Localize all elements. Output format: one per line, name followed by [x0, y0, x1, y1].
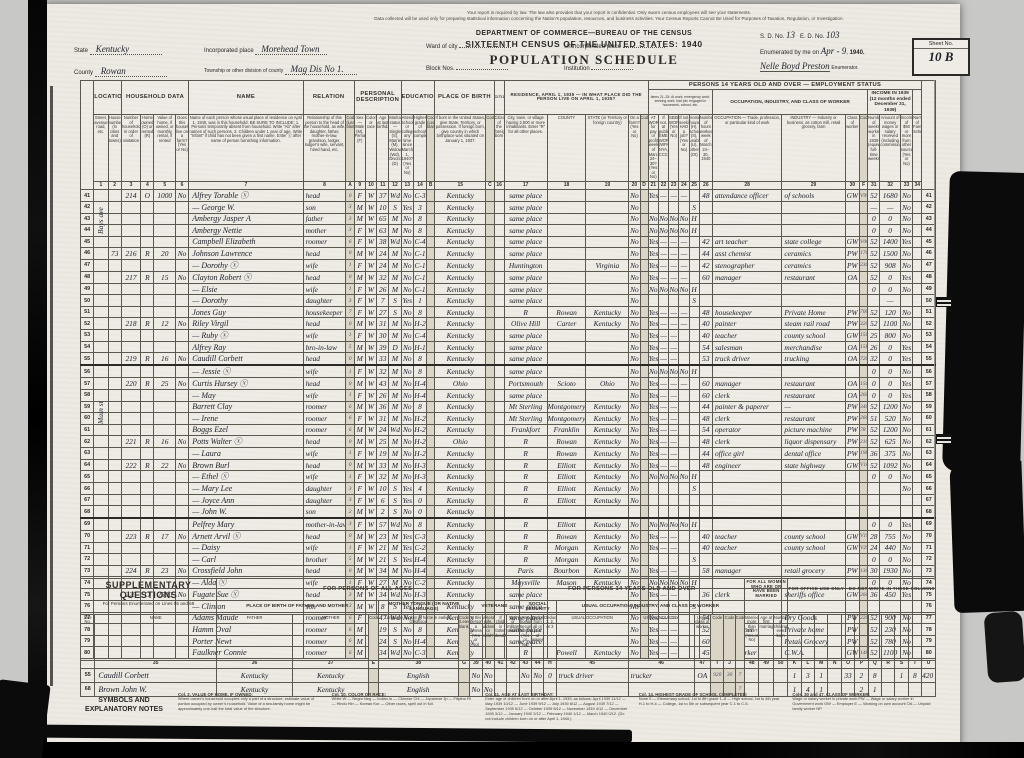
cell-ind [782, 471, 845, 483]
cell-e2: No [658, 225, 668, 237]
cell-own [141, 341, 154, 353]
cell-rfarm: No [629, 494, 640, 506]
cell-oth: No [900, 554, 912, 566]
cell-d [640, 494, 648, 506]
cell-val [154, 448, 175, 460]
cell-mar: M [389, 271, 401, 283]
cell-T: 8 [908, 668, 921, 682]
cell-rstate: Kentucky [586, 306, 629, 318]
cell-occ [712, 471, 781, 483]
table-row: 73224R23NoCrossfield Johnhead0MW34MNoH-4… [81, 565, 936, 577]
cell-e2: — [658, 378, 668, 390]
cell-b [427, 248, 435, 260]
cell-wage: 1400 [880, 236, 900, 248]
cell-f: 320 47 [860, 318, 868, 330]
cell-birth: Kentucky [435, 283, 486, 295]
cell-farm [175, 424, 188, 436]
col-header-wage: Amount of money wages or salary received… [880, 114, 900, 181]
cell-ln: 56 [81, 365, 94, 378]
cell-wage: 520 [880, 413, 900, 425]
supp-band-veterans: VETERANS [470, 600, 519, 614]
cell-mar: M [389, 378, 401, 390]
cell-rcounty [547, 341, 586, 353]
cell-e3 [669, 295, 679, 307]
cell-grade: H-3 [413, 471, 426, 483]
cell-a: 1 [346, 365, 354, 378]
cell-f: V19 91 [860, 530, 868, 542]
cell-wks: 52 [868, 190, 880, 202]
col-header-grade: Highest grade of school completed [413, 114, 426, 181]
col-header-name: Name of each person whose usual place of… [189, 114, 303, 181]
sheet-number-value: 10 B [914, 49, 968, 65]
cell-rfarm: No [629, 259, 640, 271]
cell-d [640, 318, 648, 330]
cell-house [108, 318, 121, 330]
cell-hrs: 42 [699, 236, 712, 248]
col-header-ln [81, 660, 95, 668]
cell-farm: No [175, 459, 188, 471]
cell-wks: 52 [868, 259, 880, 271]
cell-val [154, 365, 175, 378]
cell-e2: — [658, 459, 668, 471]
cell-rstate [586, 295, 629, 307]
cell-mar: M [389, 459, 401, 471]
cell-cls: PW [845, 318, 859, 330]
cell-mother: Kentucky [293, 668, 369, 682]
enumerated-label: Enumerated by me on [760, 50, 819, 56]
cell-g [458, 668, 469, 682]
cell-ln: 45 [81, 236, 94, 248]
table-row: 68— John W.son2MW2SNo0Kentucky68 [81, 506, 936, 518]
cell-race: W [365, 494, 376, 506]
cell-grade: H-2 [413, 413, 426, 425]
cell-wks: 28 [868, 530, 880, 542]
cell-d [640, 225, 648, 237]
detail-header-row: Street, avenue, road, etc.House number (… [81, 114, 936, 181]
cell-d [640, 530, 648, 542]
cell-mar: M [389, 542, 401, 554]
cell-S: 1 [895, 668, 908, 682]
cell-b [427, 295, 435, 307]
cell-name: — Carl [189, 554, 303, 566]
cell-race: W [365, 471, 376, 483]
cell-rcity: R [504, 542, 547, 554]
cell-name: Alfrey Ray [189, 341, 303, 353]
cell-rcity: R [504, 530, 547, 542]
cell-grade: H-2 [413, 318, 426, 330]
cell-fs [913, 259, 922, 271]
cell-rel: head [303, 436, 346, 448]
cell-e2: — [658, 530, 668, 542]
cell-oth: No [900, 329, 912, 341]
cell-age: 32 [377, 365, 389, 378]
cell-rcity: same place [504, 329, 547, 341]
cell-b [427, 271, 435, 283]
cell-race: W [365, 295, 376, 307]
cell-occ: asst chemist [712, 248, 781, 260]
ed-value: 103 [826, 30, 840, 40]
cell-hh [121, 542, 140, 554]
cell-rel: roomer [303, 413, 346, 425]
cell-cit [494, 353, 504, 365]
cell-age: 19 [377, 448, 389, 460]
cell-wage: 0 [880, 283, 900, 295]
cell-e2: — [658, 271, 668, 283]
col-header-w1: 48 [745, 660, 759, 668]
cell-ind: merchandise [782, 341, 845, 353]
col-header-sch: 13 [401, 182, 413, 190]
cell-street [94, 295, 108, 307]
cell-wks: 25 [868, 329, 880, 341]
cell-birth: Kentucky [435, 353, 486, 365]
cell-sch: No [401, 190, 413, 202]
col-header-Q: Q [868, 660, 881, 668]
cell-own [141, 365, 154, 378]
cell-R [881, 668, 894, 682]
cell-rcounty: Morgan [547, 542, 586, 554]
cell-d [640, 565, 648, 577]
cell-rstate [586, 225, 629, 237]
cell-house [108, 365, 121, 378]
col-header-val: Value of home, if owned, or monthly rent… [154, 114, 175, 181]
cell-house [108, 190, 121, 202]
cell-b [427, 306, 435, 318]
table-row: 54Alfrey Raybro-in-law5MW39DNoH-1Kentuck… [81, 341, 936, 353]
cell-oth: No [900, 542, 912, 554]
col-header-occ: USUAL OCCUPATION [556, 614, 628, 660]
supp-title: SUPPLEMENTARY QUESTIONS [81, 580, 216, 601]
cell-o2: 30 [724, 668, 735, 682]
cell-val [154, 390, 175, 402]
col-header-name: 35 [95, 660, 217, 668]
cell-rfarm: No [629, 190, 640, 202]
cell-cit [494, 259, 504, 271]
cell-wks [868, 506, 880, 518]
cell-d [640, 353, 648, 365]
cell-wage: 1092 [880, 459, 900, 471]
table-row: 55219R16NoCaudill Corbetthead0MW33MNo8Ke… [81, 353, 936, 365]
cell-occ [712, 365, 781, 378]
table-row: 72— Carlbrother5MW21SYesH-4KentuckyRMorg… [81, 554, 936, 566]
cell-wage: 0 [880, 225, 900, 237]
col-header-e3: SEEKING WORK? (Yes or No) [669, 114, 679, 181]
cell-rstate [586, 202, 629, 214]
cell-e5 [689, 353, 699, 365]
col-header-rfarm: 20 [629, 182, 640, 190]
cell-fs [913, 530, 922, 542]
cell-e1: No [648, 471, 658, 483]
cell-grade: H-4 [413, 565, 426, 577]
cell-rcounty [547, 271, 586, 283]
cell-hrs: 48 [699, 436, 712, 448]
cell-ln: 72 [81, 554, 94, 566]
band-citizenship: CITIZENSHIP [494, 81, 504, 115]
cell-oth [900, 494, 912, 506]
cell-fs [913, 213, 922, 225]
cell-hrs [699, 554, 712, 566]
cell-hh: 214 [121, 190, 140, 202]
cell-wage: 0 [880, 390, 900, 402]
cell-d [640, 283, 648, 295]
col-header-g: G [458, 660, 469, 668]
cell-cit [494, 248, 504, 260]
cell-sex: F [354, 236, 365, 248]
cell-rel: brother [303, 554, 346, 566]
enumerator-label: Enumerator. [831, 65, 858, 71]
cell-sch: No [401, 248, 413, 260]
subband-farm-schedule [913, 90, 922, 114]
cell-e [369, 668, 378, 682]
cell-hrs [699, 518, 712, 530]
cell-b [427, 448, 435, 460]
cell-street [94, 554, 108, 566]
cell-e5 [689, 401, 699, 413]
cell-race: W [365, 248, 376, 260]
col-header-d: Code [640, 114, 648, 181]
cell-fs [913, 295, 922, 307]
cell-b [427, 365, 435, 378]
cell-house [108, 494, 121, 506]
cell-mar: M [389, 283, 401, 295]
cell-own [141, 283, 154, 295]
col-header-father: 36 [216, 660, 292, 668]
cell-rel: head [303, 318, 346, 330]
cell-f [860, 365, 868, 378]
cell-rcounty [547, 506, 586, 518]
cell-cls: GW [845, 236, 859, 248]
cell-cls [845, 494, 859, 506]
cell-wks: — [868, 202, 880, 214]
cell-hrs: 53 [699, 353, 712, 365]
cell-ind [782, 225, 845, 237]
cell-c [486, 271, 494, 283]
cell-house [108, 424, 121, 436]
cell-occ [712, 202, 781, 214]
cell-street [94, 236, 108, 248]
cell-sex: M [354, 424, 365, 436]
cell-race: W [365, 365, 376, 378]
cell-e1 [648, 483, 658, 495]
col-header-father: FATHER [216, 614, 292, 660]
cell-d [640, 365, 648, 378]
cell-wks: 0 [868, 554, 880, 566]
cell-e2 [658, 202, 668, 214]
cell-wks: 52 [868, 436, 880, 448]
cell-rcity: Olive Hill [504, 318, 547, 330]
cell-e4: No [679, 365, 689, 378]
cell-house [108, 506, 121, 518]
cell-occ: operator [712, 424, 781, 436]
supp-band-all-ages: FOR PERSONS OF ALL AGES [216, 579, 519, 601]
cell-rfarm: No [629, 436, 640, 448]
cell-street [94, 248, 108, 260]
cell-birth: Kentucky [435, 236, 486, 248]
cell-cit [494, 365, 504, 378]
cell-e2: — [658, 424, 668, 436]
cell-e1: Yes [648, 424, 658, 436]
cell-c [486, 329, 494, 341]
cell-hh [121, 306, 140, 318]
cell-rel: mother [303, 225, 346, 237]
col-header-farm: Does this household live on a farm? (Yes… [175, 114, 188, 181]
cell-sch: Yes [401, 554, 413, 566]
cell-hrs: 44 [699, 401, 712, 413]
cell-hrs [699, 283, 712, 295]
cell-rfarm: No [629, 225, 640, 237]
cell-e2: No [658, 213, 668, 225]
cell-e2: — [658, 542, 668, 554]
cell-age: 65 [377, 213, 389, 225]
cell-fs [913, 236, 922, 248]
col-header-s2: 44 [531, 660, 543, 668]
street-name-vertical: Main st [96, 401, 105, 424]
cell-sch: No [401, 424, 413, 436]
cell-own [141, 506, 154, 518]
cell-age: 37 [377, 190, 389, 202]
cell-grade: C-1 [413, 271, 426, 283]
cell-val [154, 306, 175, 318]
cell-street [94, 341, 108, 353]
cell-occ: clerk [712, 413, 781, 425]
cell-house [108, 225, 121, 237]
cell-farm: No [175, 378, 188, 390]
cell-rcity: Mt Sterling [504, 401, 547, 413]
cell-oth [900, 295, 912, 307]
cell-hrs: 42 [699, 259, 712, 271]
cell-hh [121, 413, 140, 425]
cell-f: 266 71 [860, 390, 868, 402]
cell-ln: 64 [81, 459, 94, 471]
table-row: 64222R22NoBrown Burlhead0MW33MNoH-3Kentu… [81, 459, 936, 471]
cell-house [108, 565, 121, 577]
cell-ind: retail grocery [782, 565, 845, 577]
cell-e4 [679, 436, 689, 448]
col-header-fs: Number of Farm Schedule [913, 114, 922, 181]
cell-rel: wife [303, 542, 346, 554]
cell-ind [782, 506, 845, 518]
cell-v3 [494, 668, 506, 682]
cell-cit [494, 518, 504, 530]
cell-rcounty [547, 202, 586, 214]
cell-ind: dental office [782, 448, 845, 460]
supp-women-spacer [745, 600, 788, 614]
cell-grade: 8 [413, 401, 426, 413]
col-header-P [855, 614, 868, 660]
col-header-R [881, 614, 894, 660]
cell-farm [175, 283, 188, 295]
cell-rel: head [303, 248, 346, 260]
cell-e4 [679, 530, 689, 542]
cell-birth: Kentucky [435, 518, 486, 530]
cell-cls [845, 506, 859, 518]
cell-mar: Wd [389, 190, 401, 202]
cell-ln: 71 [81, 542, 94, 554]
cell-rfarm: No [629, 378, 640, 390]
cell-e5 [689, 424, 699, 436]
cell-e2: — [658, 329, 668, 341]
cell-hrs: 44 [699, 448, 712, 460]
cell-e3: — [669, 329, 679, 341]
cell-hrs: 48 [699, 413, 712, 425]
cell-L: 3 [801, 668, 814, 682]
cell-occ: painter [712, 318, 781, 330]
cell-c [486, 295, 494, 307]
cell-occ: manager [712, 378, 781, 390]
cell-e5 [689, 542, 699, 554]
cell-farm [175, 295, 188, 307]
cell-e4 [679, 295, 689, 307]
cell-sch: No [401, 318, 413, 330]
cell-rfarm: No [629, 213, 640, 225]
cell-street [94, 190, 108, 202]
cell-a: 1 [346, 329, 354, 341]
cell-occ: clerk [712, 436, 781, 448]
institution-value [591, 69, 633, 70]
cell-b [427, 213, 435, 225]
cell-rstate [586, 353, 629, 365]
band-residence: RESIDENCE, APRIL 1, 1935 — IN WHAT PLACE… [504, 81, 648, 115]
cell-val [154, 329, 175, 341]
cell-wks: 26 [868, 341, 880, 353]
cell-grade: 8 [413, 365, 426, 378]
cell-rfarm: No [629, 459, 640, 471]
cell-mar: D [389, 341, 401, 353]
scan-artifact-right-blob [949, 461, 1024, 613]
cell-e4 [679, 329, 689, 341]
cell-street [94, 259, 108, 271]
cell-ln: 63 [81, 448, 94, 460]
cell-ind: steam rail road [782, 318, 845, 330]
cell-ind: — [782, 401, 845, 413]
cell-name: Ambergy Jasper A [189, 213, 303, 225]
cell-ln: 73 [81, 565, 94, 577]
col-header-ln: Line No. [81, 614, 95, 660]
cell-e2: — [658, 318, 668, 330]
cell-f [860, 213, 868, 225]
cell-f [860, 295, 868, 307]
col-header-occ: 28 [712, 182, 781, 190]
cell-rstate [586, 271, 629, 283]
cell-ln: 46 [81, 248, 94, 260]
cell-sex: F [354, 518, 365, 530]
cell-v2: No [482, 668, 494, 682]
cell-own [141, 213, 154, 225]
cell-street [94, 378, 108, 390]
cell-street [94, 436, 108, 448]
cell-a: 3 [346, 494, 354, 506]
cell-grade: H-4 [413, 390, 426, 402]
cell-sex: F [354, 365, 365, 378]
cell-race: W [365, 329, 376, 341]
cell-wks: 52 [868, 401, 880, 413]
cell-e1: Yes [648, 530, 658, 542]
cell-b [427, 424, 435, 436]
cell-sex: F [354, 483, 365, 495]
cell-oth: No [900, 365, 912, 378]
cell-rfarm: No [629, 530, 640, 542]
cell-ind: restaurant [782, 413, 845, 425]
cell-f: 156 71 [860, 378, 868, 390]
cell-age: 10 [377, 202, 389, 214]
cell-e3: — [669, 353, 679, 365]
cell-fs [913, 202, 922, 214]
cell-oth: Yes [900, 236, 912, 248]
supp-band-pob: PLACE OF BIRTH OF FATHER AND MOTHER [216, 600, 378, 614]
cell-rel: roomer [303, 424, 346, 436]
cell-cls [845, 518, 859, 530]
cell-rcounty: Elliott [547, 494, 586, 506]
cell-hrs: 48 [699, 306, 712, 318]
